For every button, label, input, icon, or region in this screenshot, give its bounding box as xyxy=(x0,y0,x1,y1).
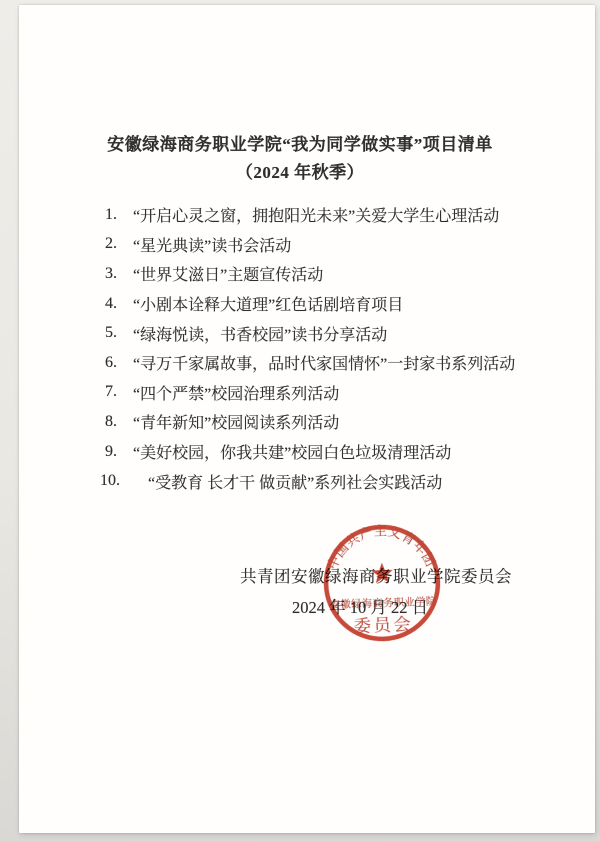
list-item: 6.“寻万千家属故事，品时代家国情怀”一封家书系列活动 xyxy=(105,348,585,378)
seal-org-text: 安徽绿海商务职业学院 xyxy=(330,594,437,611)
item-text: “绿海悦读，书香校园”读书分享活动 xyxy=(133,322,387,345)
item-text: “青年新知”校园阅读系列活动 xyxy=(133,410,339,433)
item-number: 9. xyxy=(105,443,133,461)
item-text: “开启心灵之窗，拥抱阳光未来”关爱大学生心理活动 xyxy=(133,203,499,226)
seal-arc-text: 中国共产主义青年团 xyxy=(322,521,439,573)
svg-text:中国共产主义青年团: 中国共产主义青年团 xyxy=(322,521,439,573)
item-number: 5. xyxy=(105,324,133,342)
star-icon xyxy=(371,562,393,583)
item-number: 1. xyxy=(105,206,133,224)
item-number: 2. xyxy=(105,235,133,253)
item-text: “世界艾滋日”主题宣传活动 xyxy=(133,262,323,285)
list-item: 3.“世界艾滋日”主题宣传活动 xyxy=(105,259,585,289)
list-item: 1.“开启心灵之窗，拥抱阳光未来”关爱大学生心理活动 xyxy=(105,200,585,230)
scanned-document-screenshot: { "page": { "title_line1": "安徽绿海商务职业学院“我… xyxy=(0,0,600,842)
item-number: 6. xyxy=(105,354,133,372)
list-item: 2.“星光典读”读书会活动 xyxy=(105,230,585,260)
document-page: 安徽绿海商务职业学院“我为同学做实事”项目清单 （2024 年秋季） 1.“开启… xyxy=(19,5,595,833)
list-item: 5.“绿海悦读，书香校园”读书分享活动 xyxy=(105,318,585,348)
title-line-2: （2024 年秋季） xyxy=(19,159,581,187)
item-text: “寻万千家属故事，品时代家国情怀”一封家书系列活动 xyxy=(133,351,515,374)
list-item: 10.“受教育 长才干 做贡献”系列社会实践活动 xyxy=(100,466,585,496)
item-text: “星光典读”读书会活动 xyxy=(133,233,291,256)
item-text: “美好校园，你我共建”校园白色垃圾清理活动 xyxy=(133,440,451,463)
item-text: “小剧本诠释大道理”红色话剧培育项目 xyxy=(133,292,403,315)
seal-bottom-text: 委员会 xyxy=(353,615,413,636)
item-number: 4. xyxy=(105,295,133,313)
project-list: 1.“开启心灵之窗，拥抱阳光未来”关爱大学生心理活动 2.“星光典读”读书会活动… xyxy=(105,200,585,496)
title-line-1: 安徽绿海商务职业学院“我为同学做实事”项目清单 xyxy=(19,131,581,159)
item-text: “四个严禁”校园治理系列活动 xyxy=(133,381,339,404)
list-item: 9.“美好校园，你我共建”校园白色垃圾清理活动 xyxy=(105,437,585,467)
item-number: 10. xyxy=(100,472,133,490)
item-text: “受教育 长才干 做贡献”系列社会实践活动 xyxy=(133,470,442,493)
list-item: 4.“小剧本诠释大道理”红色话剧培育项目 xyxy=(105,289,585,319)
list-item: 7.“四个严禁”校园治理系列活动 xyxy=(105,378,585,408)
official-seal-stamp: 中国共产主义青年团 安徽绿海商务职业学院 委员会 xyxy=(319,520,445,646)
item-number: 8. xyxy=(105,413,133,431)
list-item: 8.“青年新知”校园阅读系列活动 xyxy=(105,407,585,437)
item-number: 3. xyxy=(105,265,133,283)
item-number: 7. xyxy=(105,383,133,401)
document-title: 安徽绿海商务职业学院“我为同学做实事”项目清单 （2024 年秋季） xyxy=(19,131,581,187)
